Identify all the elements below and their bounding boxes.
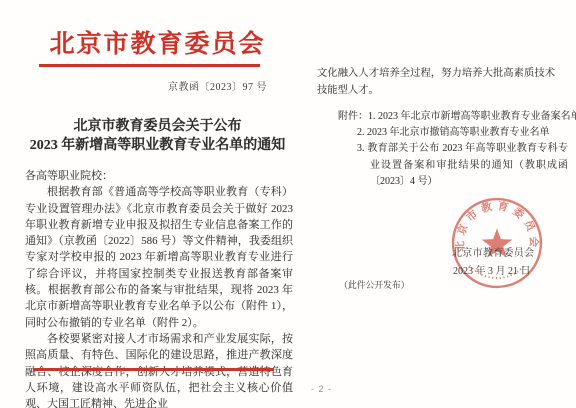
document-number: 京教函〔2023〕97 号 xyxy=(168,78,267,93)
attachment-item-1: 附件：1. 2023 年北京市新增高等职业教育专业备案名单 xyxy=(338,109,556,125)
public-release-note: （此件公开发布） xyxy=(339,278,409,291)
page-number: - 2 - xyxy=(311,384,332,394)
body-paragraph-continuation: 文化融入人才培养全过程，努力培养大批高素质技术技能型人才。 xyxy=(317,66,555,99)
issuer-signature: 北京市教育委员会 xyxy=(452,244,534,259)
issue-date: 2023 年 3 月 21 日 xyxy=(453,262,531,277)
document-title: 北京市教育委员会关于公布 2023 年新增高等职业教育专业名单的通知 xyxy=(15,117,300,155)
attachment-item-2: 2. 2023 年北京市撤销高等职业教育专业名单 xyxy=(357,125,556,141)
attachment-item-3: 3. 教育部关于公布 2023 年高等职业教育专科专业设置备案和审批结果的通知（… xyxy=(357,141,568,190)
body-paragraph-1: 根据教育部《普通高等学校高等职业教育（专科）专业设置管理办法》《北京市教育委员会… xyxy=(25,184,293,331)
document-body-left: 各高等职业院校： 根据教育部《普通高等学校高等职业教育（专科）专业设置管理办法》… xyxy=(25,168,293,408)
letterhead-rule xyxy=(39,64,260,67)
agency-letterhead: 北京市教育委员会 xyxy=(15,24,300,60)
scanned-document-spread: 北京市教育委员会 京教函〔2023〕97 号 北京市教育委员会关于公布 2023… xyxy=(0,0,576,408)
salutation: 各高等职业院校： xyxy=(25,168,293,184)
document-title-line2: 2023 年新增高等职业教育专业名单的通知 xyxy=(15,136,300,155)
page-bottom-rule xyxy=(33,368,274,371)
document-title-line1: 北京市教育委员会关于公布 xyxy=(15,117,300,136)
attachment-item-1-text: 1. 2023 年北京市新增高等职业教育专业备案名单 xyxy=(368,111,576,122)
attachments-list: 附件：1. 2023 年北京市新增高等职业教育专业备案名单 2. 2023 年北… xyxy=(338,109,556,190)
attachments-label: 附件： xyxy=(338,111,368,122)
